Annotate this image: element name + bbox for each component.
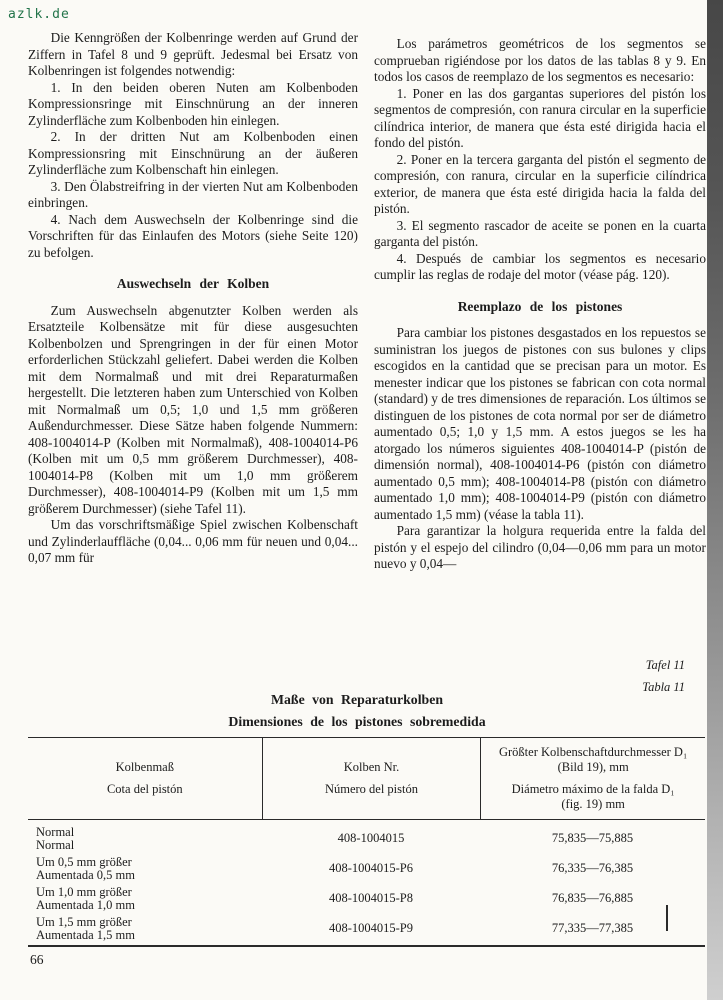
table-row: Um 0,5 mm größer Aumentada 0,5 mm 408-10… <box>28 854 705 884</box>
site-watermark: azlk.de <box>8 7 70 22</box>
table-title-spanish: Dimensiones de los pistones sobremedida <box>28 714 686 730</box>
paragraph: Los parámetros geométricos de los segmen… <box>374 36 706 86</box>
numbered-item: 1. Poner en las dos gargantas superiores… <box>374 86 706 152</box>
spanish-column: Los parámetros geométricos de los segmen… <box>374 36 706 573</box>
scanned-manual-page: azlk.de Die Kenngrößen der Kolbenringe w… <box>0 0 723 1000</box>
numbered-item: 4. Después de cambiar los segmentos es n… <box>374 251 706 284</box>
table-row: Normal Normal 408-1004015 75,835—75,885 <box>28 824 705 854</box>
header-max-diameter: Größter Kolbenschaftdurchmesser D₁ (Bild… <box>480 738 705 819</box>
table-body: Normal Normal 408-1004015 75,835—75,885 … <box>28 820 705 944</box>
paragraph: Zum Auswechseln abgenutzter Kolben werde… <box>28 303 358 518</box>
numbered-item: 3. Den Ölabstreifring in der vierten Nut… <box>28 179 358 212</box>
table-row: Um 1,5 mm größer Aumentada 1,5 mm 408-10… <box>28 914 705 944</box>
paragraph: Para cambiar los pistones desgastados en… <box>374 325 706 523</box>
page-number: 66 <box>30 952 44 968</box>
section-heading-german: Auswechseln der Kolben <box>28 276 358 293</box>
numbered-item: 3. El segmento rascador de aceite se pon… <box>374 218 706 251</box>
piston-dimensions-table: Kolbenmaß Cota del pistón Kolben Nr. Núm… <box>28 737 705 947</box>
table-title-german: Maße von Reparaturkolben <box>28 692 686 708</box>
scan-edge-shadow <box>707 0 723 1000</box>
header-piston-number: Kolben Nr. Número del pistón <box>262 738 481 819</box>
table-reference-german: Tafel 11 <box>646 658 685 673</box>
numbered-item: 2. In der dritten Nut am Kolbenboden ein… <box>28 129 358 179</box>
numbered-item: 2. Poner en la tercera garganta del pist… <box>374 152 706 218</box>
german-column: Die Kenngrößen der Kolbenringe werden au… <box>28 30 358 567</box>
section-heading-spanish: Reemplazo de los pistones <box>374 299 706 316</box>
table-row: Um 1,0 mm größer Aumentada 1,0 mm 408-10… <box>28 884 705 914</box>
table-header-row: Kolbenmaß Cota del pistón Kolben Nr. Núm… <box>28 738 705 820</box>
paragraph: Um das vorschriftsmäßige Spiel zwischen … <box>28 517 358 567</box>
paragraph: Die Kenngrößen der Kolbenringe werden au… <box>28 30 358 80</box>
header-piston-size: Kolbenmaß Cota del pistón <box>28 738 262 819</box>
numbered-item: 4. Nach dem Auswechseln der Kolbenringe … <box>28 212 358 262</box>
scan-artifact-mark <box>666 905 668 931</box>
paragraph: Para garantizar la holgura requerida ent… <box>374 523 706 573</box>
numbered-item: 1. In den beiden oberen Nuten am Kolbenb… <box>28 80 358 130</box>
